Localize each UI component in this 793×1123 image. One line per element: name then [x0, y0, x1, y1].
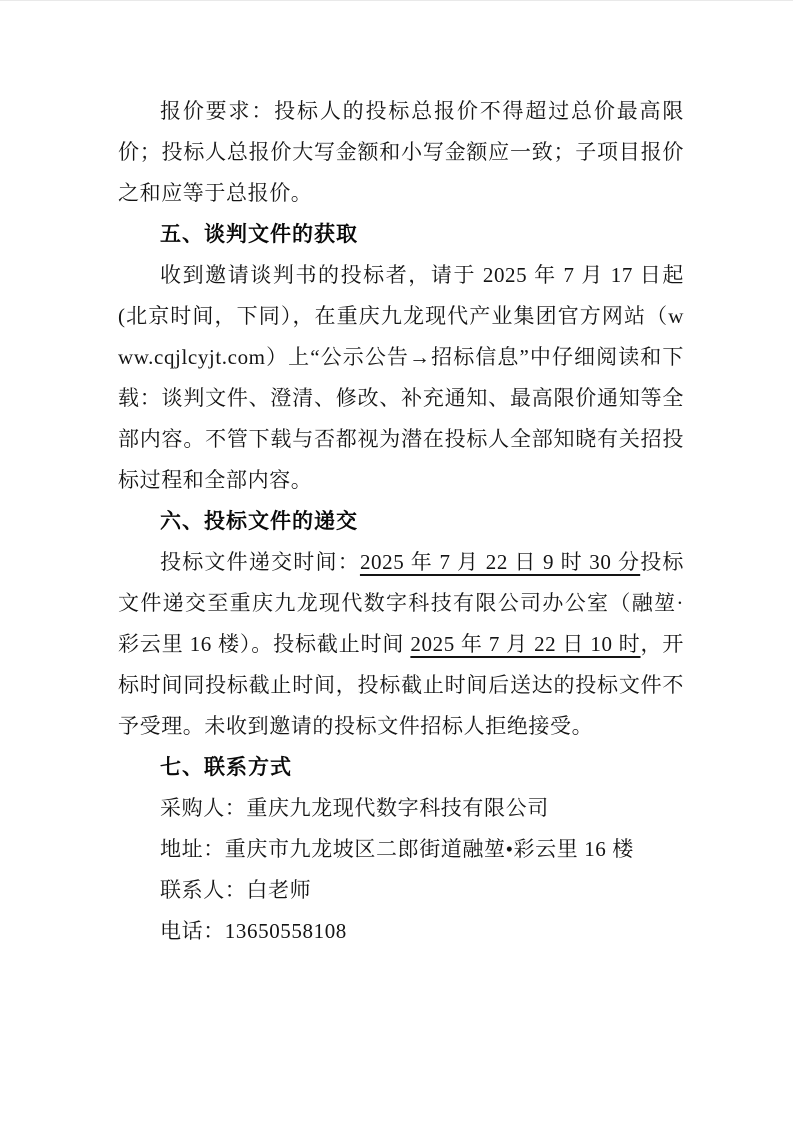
- address-line: 地址：重庆市九龙坡区二郎街道融堃•彩云里 16 楼: [118, 829, 684, 870]
- submission-time-label: 投标文件递交时间：: [160, 550, 360, 574]
- pricing-requirements-paragraph: 报价要求：投标人的投标总报价不得超过总价最高限价；投标人总报价大写金额和小写金额…: [118, 91, 684, 214]
- bid-close-deadline-underlined: 2025 年 7 月 22 日 10 时: [410, 632, 640, 656]
- section5-heading: 五、谈判文件的获取: [118, 214, 684, 255]
- submission-deadline-underlined: 2025 年 7 月 22 日 9 时 30 分: [360, 550, 640, 574]
- contact-person-line: 联系人：白老师: [118, 870, 684, 911]
- section6-paragraph: 投标文件递交时间：2025 年 7 月 22 日 9 时 30 分投标文件递交至…: [118, 542, 684, 747]
- section6-heading: 六、投标文件的递交: [118, 501, 684, 542]
- document-body: 报价要求：投标人的投标总报价不得超过总价最高限价；投标人总报价大写金额和小写金额…: [118, 91, 684, 952]
- document-page: 报价要求：投标人的投标总报价不得超过总价最高限价；投标人总报价大写金额和小写金额…: [0, 0, 793, 1123]
- section7-heading: 七、联系方式: [118, 747, 684, 788]
- phone-line: 电话：13650558108: [118, 911, 684, 952]
- purchaser-line: 采购人：重庆九龙现代数字科技有限公司: [118, 788, 684, 829]
- section5-paragraph: 收到邀请谈判书的投标者，请于 2025 年 7 月 17 日起(北京时间，下同）…: [118, 255, 684, 501]
